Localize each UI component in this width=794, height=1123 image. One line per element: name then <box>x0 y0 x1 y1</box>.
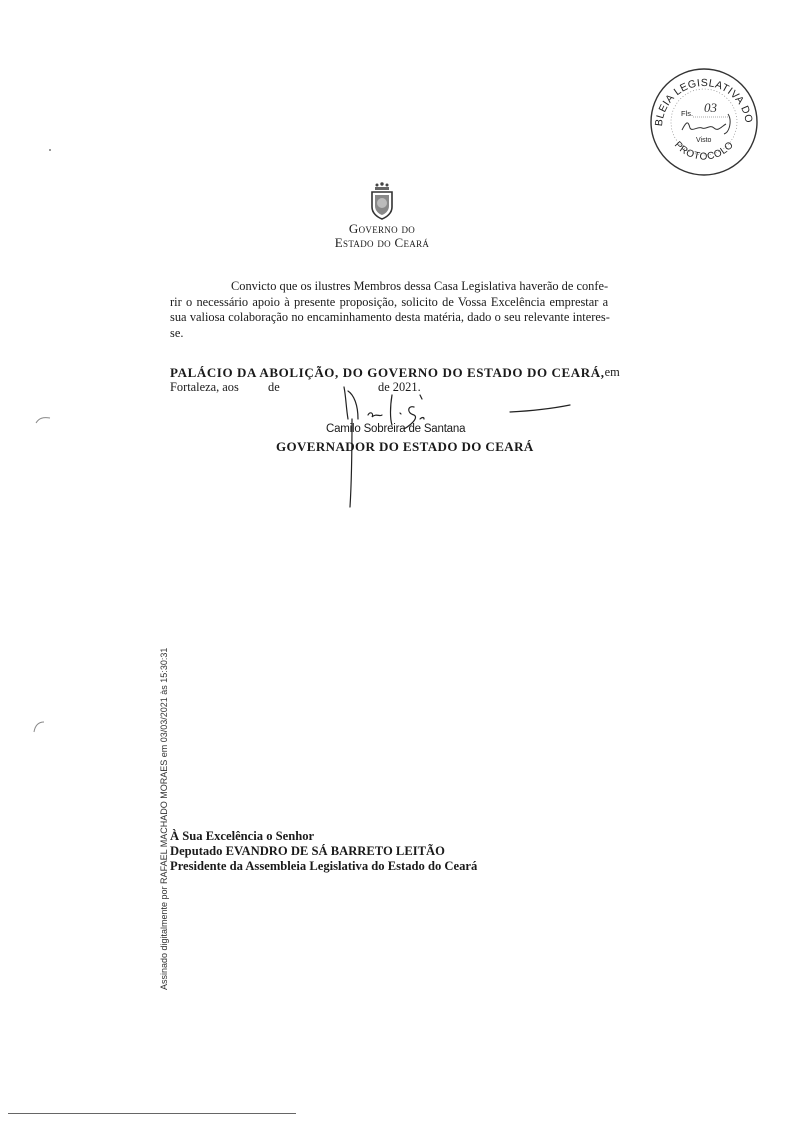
digital-signature-note: Assinado digitalmente por RAFAEL MACHADO… <box>159 650 169 990</box>
stamp-fls-value: 03 <box>704 100 718 115</box>
header-line-1: Governo do <box>300 222 464 236</box>
coat-of-arms-icon <box>367 181 397 221</box>
addressee-name: Deputado EVANDRO DE SÁ BARRETO LEITÃO <box>170 844 477 859</box>
body-line: Convicto que os ilustres Membros dessa C… <box>170 279 596 295</box>
stamp-visto-label: Visto <box>696 137 712 144</box>
bottom-rule <box>8 1113 296 1114</box>
body-line: rir o necessário apoio à presente propos… <box>170 295 596 311</box>
body-line: se. <box>170 326 596 342</box>
scan-mark-2 <box>30 716 50 741</box>
addressee-block: À Sua Excelência o Senhor Deputado EVAND… <box>170 829 477 874</box>
addressee-salutation: À Sua Excelência o Senhor <box>170 829 477 844</box>
government-header: Governo do Estado do Ceará <box>300 222 464 250</box>
svg-text:ASSEMBLEIA LEGISLATIVA DO CEAR: ASSEMBLEIA LEGISLATIVA DO CEARÁ <box>648 66 755 127</box>
palace-name: PALÁCIO DA ABOLIÇÃO, DO GOVERNO DO ESTAD… <box>170 365 605 380</box>
stamp-arc-top: ASSEMBLEIA LEGISLATIVA DO CEARÁ <box>648 66 755 127</box>
closing-de-1: de <box>268 380 280 395</box>
header-line-2: Estado do Ceará <box>300 236 464 250</box>
body-paragraph: Convicto que os ilustres Membros dessa C… <box>170 279 596 341</box>
body-line: sua valiosa colaboração no encaminhament… <box>170 310 596 326</box>
protocol-stamp: ASSEMBLEIA LEGISLATIVA DO CEARÁ PROTOCOL… <box>648 66 760 178</box>
scan-mark-1 <box>34 412 54 430</box>
addressee-role: Presidente da Assembleia Legislativa do … <box>170 859 477 874</box>
closing-em: em <box>605 365 620 380</box>
stamp-fls-label: Fls. <box>681 109 693 118</box>
signer-name: Camilo Sobreira de Santana <box>326 423 465 435</box>
scan-mark-3 <box>49 149 51 151</box>
closing-place: Fortaleza, aos <box>170 380 239 395</box>
signer-title: GOVERNADOR DO ESTADO DO CEARÁ <box>276 439 534 455</box>
